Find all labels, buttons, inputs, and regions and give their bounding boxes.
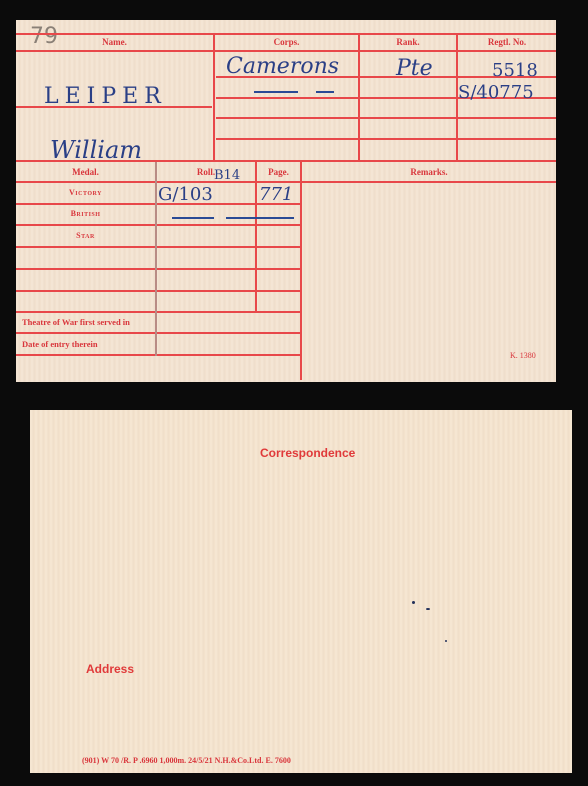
rule: [16, 246, 300, 248]
rule: [16, 181, 556, 183]
medal-british: British: [16, 209, 155, 218]
rule: [216, 138, 556, 140]
regtl-no-1: 5518: [492, 60, 538, 81]
ink-speck: [445, 640, 447, 642]
medal-star: Star: [16, 231, 155, 240]
rule: [16, 354, 300, 356]
rule: [16, 311, 300, 313]
rule: [213, 35, 215, 160]
roll-victory-sup: B14: [214, 168, 240, 183]
date-entry-label: Date of entry therein: [22, 339, 98, 349]
header-corps: Corps.: [215, 37, 358, 47]
rule: [16, 332, 300, 334]
corps-value: Camerons: [226, 54, 339, 79]
header-regtl-no: Regtl. No.: [458, 37, 556, 47]
rule: [16, 224, 300, 226]
form-code: K. 1380: [510, 351, 536, 360]
rule: [255, 162, 257, 312]
ditto-mark: [316, 91, 334, 93]
surname: LEIPER: [44, 84, 167, 109]
page-victory: 771: [259, 184, 293, 205]
regtl-no-2: S/40775: [458, 82, 534, 103]
correspondence-label: Correspondence: [260, 446, 355, 460]
ink-speck: [426, 608, 430, 610]
printer-line: (901) W 70 /R. P .6960 1,000m. 24/5/21 N…: [82, 756, 291, 765]
header-roll: Roll.: [157, 167, 255, 177]
header-name: Name.: [16, 37, 213, 47]
roll-victory: G/103: [158, 184, 213, 205]
rule: [155, 162, 157, 356]
theatre-label: Theatre of War first served in: [22, 317, 130, 327]
rule: [16, 33, 556, 35]
header-medal: Medal.: [16, 167, 155, 177]
rule: [16, 50, 556, 52]
header-remarks: Remarks.: [302, 167, 556, 177]
address-label: Address: [86, 662, 134, 676]
forename: William: [50, 136, 142, 164]
ink-speck: [412, 601, 415, 604]
rank-value: Pte: [396, 56, 433, 81]
ditto-mark: [254, 91, 298, 93]
ditto-mark: [226, 217, 294, 219]
medal-victory: Victory: [16, 188, 155, 197]
rule: [16, 268, 300, 270]
header-rank: Rank.: [360, 37, 456, 47]
rule: [358, 35, 360, 160]
medal-index-card-back: Correspondence Address (901) W 70 /R. P …: [30, 410, 572, 773]
rule: [300, 162, 302, 380]
rule: [216, 117, 556, 119]
ditto-mark: [172, 217, 214, 219]
medal-index-card-front: 79 Name. Corps. Rank. Regtl. No. LEIPER …: [16, 20, 556, 382]
header-page: Page.: [257, 167, 300, 177]
rule: [16, 290, 300, 292]
